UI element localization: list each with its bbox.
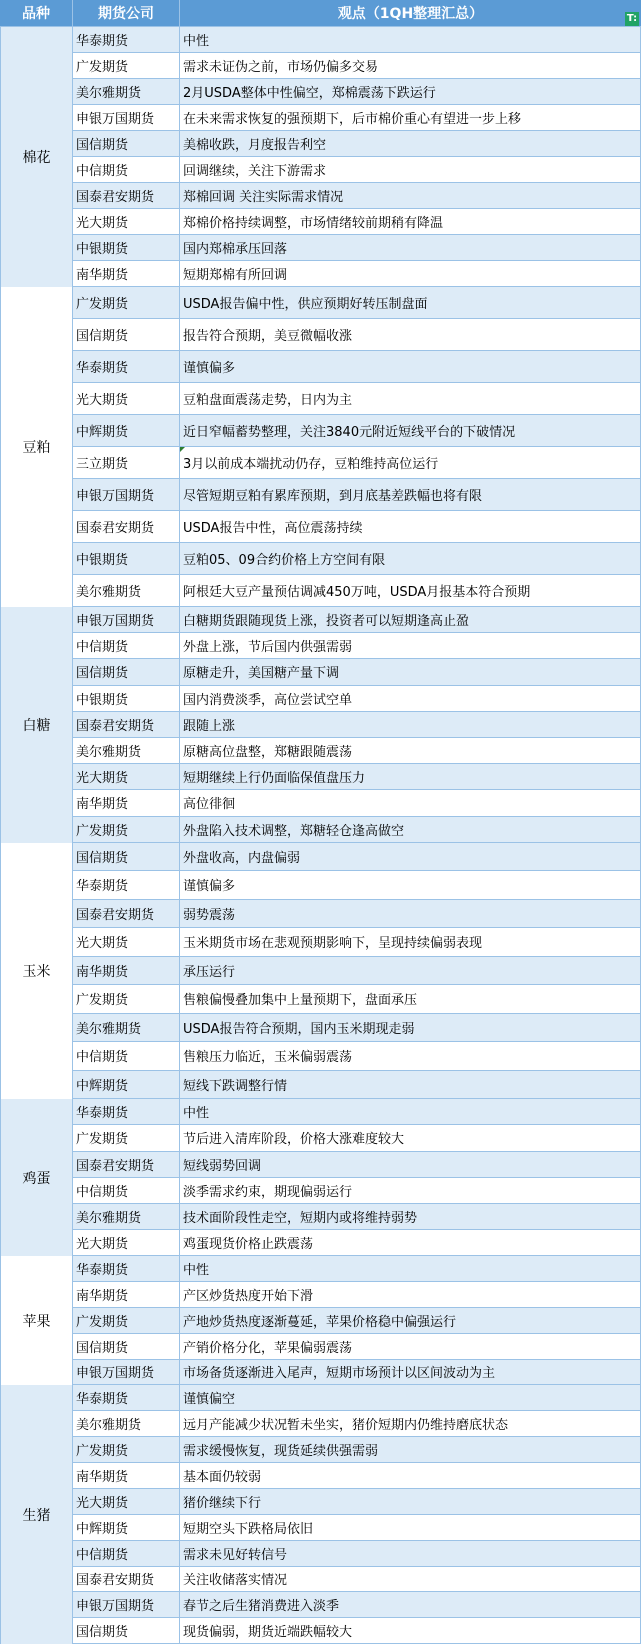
view-text: 短期继续上行仍面临保值盘压力 [183, 767, 365, 786]
company-cell[interactable]: 中辉期货 [73, 415, 180, 446]
table-row: 三立期货3月以前成本端扰动仍存，豆粕维持高位运行 [73, 447, 640, 479]
view-cell[interactable]: 外盘上涨，节后国内供强需弱 [180, 633, 640, 658]
filter-icon[interactable]: T: [625, 12, 639, 26]
table-row: 国信期货报告符合预期，美豆微幅收涨 [73, 319, 640, 351]
table-row: 国信期货美棉收跌，月度报告利空 [73, 131, 640, 157]
view-cell[interactable]: 中性 [180, 1256, 640, 1281]
company-cell[interactable]: 广发期货 [73, 287, 180, 318]
view-text: USDA报告中性，高位震荡持续 [183, 517, 362, 536]
category-cell[interactable]: 豆粕 [1, 287, 73, 607]
table-row: 光大期货豆粕盘面震荡走势，日内为主 [73, 383, 640, 415]
company-cell[interactable]: 华泰期货 [73, 871, 180, 899]
view-text: 外盘上涨，节后国内供强需弱 [183, 636, 352, 655]
table-row: 国信期货外盘收高，内盘偏弱 [73, 843, 640, 872]
view-text: 原糖走升，美国糖产量下调 [183, 662, 339, 681]
table-row: 美尔雅期货2月USDA整体中性偏空，郑棉震荡下跌运行 [73, 79, 640, 105]
view-cell[interactable]: 远月产能减少状况暂未坐实，猪价短期内仍维持磨底状态 [180, 1411, 640, 1436]
view-text: 节后进入清库阶段，价格大涨难度较大 [183, 1128, 404, 1147]
view-text: USDA报告符合预期，国内玉米期现走弱 [183, 1018, 414, 1037]
table-row: 中银期货豆粕05、09合约价格上方空间有限 [73, 543, 640, 575]
table-row: 国泰君安期货USDA报告中性，高位震荡持续 [73, 511, 640, 543]
view-text: 远月产能减少状况暂未坐实，猪价短期内仍维持磨底状态 [183, 1414, 508, 1433]
view-text: 3月以前成本端扰动仍存，豆粕维持高位运行 [183, 453, 438, 472]
view-text: 短线下跌调整行情 [183, 1075, 287, 1094]
view-cell[interactable]: 短期郑棉有所回调 [180, 261, 640, 286]
company-cell[interactable]: 申银万国期货 [73, 105, 180, 130]
view-cell[interactable]: 弱势震荡 [180, 900, 640, 928]
company-cell[interactable]: 三立期货 [73, 447, 180, 478]
company-cell[interactable]: 中信期货 [73, 633, 180, 658]
view-text: 郑棉回调 关注实际需求情况 [183, 186, 343, 205]
view-text: 弱势震荡 [183, 904, 235, 923]
view-text: 短期郑棉有所回调 [183, 264, 287, 283]
view-cell[interactable]: 白糖期货跟随现货上涨，投资者可以短期逢高止盈 [180, 607, 640, 632]
cell-comment-indicator-icon [180, 447, 185, 452]
view-text: 豆粕05、09合约价格上方空间有限 [183, 549, 385, 568]
view-text: 2月USDA整体中性偏空，郑棉震荡下跌运行 [183, 82, 436, 101]
view-text: 猪价继续下行 [183, 1492, 261, 1511]
view-cell[interactable]: 售粮压力临近，玉米偏弱震荡 [180, 1042, 640, 1070]
view-cell[interactable]: 谨慎偏多 [180, 351, 640, 382]
table-row: 广发期货需求缓慢恢复，现货延续供强需弱 [73, 1437, 640, 1463]
view-cell[interactable]: 谨慎偏空 [180, 1385, 640, 1410]
view-cell[interactable]: 鸡蛋现货价格止跌震荡 [180, 1230, 640, 1255]
company-cell[interactable]: 南华期货 [73, 1463, 180, 1488]
category-cell[interactable]: 生猪 [1, 1385, 73, 1644]
view-cell[interactable]: 中性 [180, 27, 640, 52]
company-cell[interactable]: 南华期货 [73, 957, 180, 985]
view-text: 阿根廷大豆产量预估调减450万吨，USDA月报基本符合预期 [183, 581, 530, 600]
table-row: 中信期货回调继续，关注下游需求 [73, 157, 640, 183]
view-text: 高位徘徊 [183, 793, 235, 812]
table-row: 南华期货产区炒货热度开始下滑 [73, 1282, 640, 1308]
view-cell[interactable]: 需求缓慢恢复，现货延续供强需弱 [180, 1437, 640, 1462]
company-cell[interactable]: 光大期货 [73, 1489, 180, 1514]
view-cell[interactable]: 报告符合预期，美豆微幅收涨 [180, 319, 640, 350]
company-cell[interactable]: 华泰期货 [73, 1385, 180, 1410]
category-cell[interactable]: 玉米 [1, 843, 73, 1100]
table-row: 国泰君安期货关注收储落实情况 [73, 1567, 640, 1593]
view-cell[interactable]: 猪价继续下行 [180, 1489, 640, 1514]
company-cell[interactable]: 广发期货 [73, 1308, 180, 1333]
view-text: 产区炒货热度开始下滑 [183, 1285, 313, 1304]
table-row: 国泰君安期货短线弱势回调 [73, 1152, 640, 1178]
view-text: 技术面阶段性走空，短期内或将维持弱势 [183, 1207, 417, 1226]
table-row: 南华期货基本面仍较弱 [73, 1463, 640, 1489]
header-company[interactable]: 期货公司 [73, 0, 180, 26]
company-cell[interactable]: 美尔雅期货 [73, 1411, 180, 1436]
view-cell[interactable]: 承压运行 [180, 957, 640, 985]
view-text: 跟随上涨 [183, 715, 235, 734]
view-cell[interactable]: 春节之后生猪消费进入淡季 [180, 1592, 640, 1617]
table-row: 光大期货玉米期货市场在悲观预期影响下，呈现持续偏弱表现 [73, 928, 640, 957]
company-cell[interactable]: 中信期货 [73, 157, 180, 182]
category-cell[interactable]: 棉花 [1, 27, 73, 287]
view-cell[interactable]: 尽管短期豆粕有累库预期，到月底基差跌幅也将有限 [180, 479, 640, 510]
table-row: 中信期货需求未见好转信号 [73, 1541, 640, 1567]
view-cell[interactable]: 跟随上涨 [180, 712, 640, 737]
table-row: 国信期货原糖走升，美国糖产量下调 [73, 659, 640, 685]
view-cell[interactable]: 在未来需求恢复的强预期下，后市棉价重心有望进一步上移 [180, 105, 640, 130]
table-row: 申银万国期货尽管短期豆粕有累库预期，到月底基差跌幅也将有限 [73, 479, 640, 511]
table-row: 南华期货承压运行 [73, 957, 640, 986]
view-cell[interactable]: 豆粕盘面震荡走势，日内为主 [180, 383, 640, 414]
view-text: 原糖高位盘整，郑糖跟随震荡 [183, 741, 352, 760]
view-cell[interactable]: 现货偏弱，期货近端跌幅较大 [180, 1618, 640, 1643]
company-cell[interactable]: 国泰君安期货 [73, 1567, 180, 1592]
view-cell[interactable]: 美棉收跌，月度报告利空 [180, 131, 640, 156]
table-row: 中信期货售粮压力临近，玉米偏弱震荡 [73, 1042, 640, 1071]
company-cell[interactable]: 中信期货 [73, 1042, 180, 1070]
table-row: 广发期货产地炒货热度逐渐蔓延，苹果价格稳中偏强运行 [73, 1308, 640, 1334]
view-cell[interactable]: 外盘收高，内盘偏弱 [180, 843, 640, 871]
view-cell[interactable]: USDA报告中性，高位震荡持续 [180, 511, 640, 542]
company-cell[interactable]: 华泰期货 [73, 1099, 180, 1124]
company-cell[interactable]: 南华期货 [73, 261, 180, 286]
company-cell[interactable]: 中信期货 [73, 1541, 180, 1566]
header-category[interactable]: 品种 [0, 0, 73, 26]
view-text: 中性 [183, 1102, 209, 1121]
table-row: 美尔雅期货远月产能减少状况暂未坐实，猪价短期内仍维持磨底状态 [73, 1411, 640, 1437]
table-row: 南华期货高位徘徊 [73, 790, 640, 816]
view-cell[interactable]: USDA报告偏中性，供应预期好转压制盘面 [180, 287, 640, 318]
category-group: 棉花华泰期货中性广发期货需求未证伪之前，市场仍偏多交易美尔雅期货2月USDA整体… [0, 27, 641, 287]
view-text: 需求未证伪之前，市场仍偏多交易 [183, 56, 378, 75]
view-text: 报告符合预期，美豆微幅收涨 [183, 325, 352, 344]
company-cell[interactable]: 华泰期货 [73, 1256, 180, 1281]
view-cell[interactable]: 市场备货逐渐进入尾声，短期市场预计以区间波动为主 [180, 1360, 640, 1385]
table-row: 国信期货现货偏弱，期货近端跌幅较大 [73, 1618, 640, 1644]
view-cell[interactable]: 产销价格分化，苹果偏弱震荡 [180, 1334, 640, 1359]
view-text: 短线弱势回调 [183, 1155, 261, 1174]
table-row: 广发期货外盘陷入技术调整，郑糖轻仓逢高做空 [73, 817, 640, 843]
table-row: 中信期货淡季需求约束，期现偏弱运行 [73, 1178, 640, 1204]
table-row: 光大期货鸡蛋现货价格止跌震荡 [73, 1230, 640, 1256]
company-cell[interactable]: 中银期货 [73, 686, 180, 711]
view-cell[interactable]: 短期空头下跌格局依旧 [180, 1515, 640, 1540]
view-cell[interactable]: 需求未证伪之前，市场仍偏多交易 [180, 53, 640, 78]
view-cell[interactable]: 阿根廷大豆产量预估调减450万吨，USDA月报基本符合预期 [180, 575, 640, 606]
view-cell[interactable]: 需求未见好转信号 [180, 1541, 640, 1566]
company-cell[interactable]: 申银万国期货 [73, 479, 180, 510]
table-row: 光大期货短期继续上行仍面临保值盘压力 [73, 764, 640, 790]
table-row: 华泰期货中性 [73, 1099, 640, 1125]
view-text: 在未来需求恢复的强预期下，后市棉价重心有望进一步上移 [183, 108, 521, 127]
view-text: 需求缓慢恢复，现货延续供强需弱 [183, 1440, 378, 1459]
company-cell[interactable]: 申银万国期货 [73, 1592, 180, 1617]
company-cell[interactable]: 国泰君安期货 [73, 183, 180, 208]
view-cell[interactable]: 原糖高位盘整，郑糖跟随震荡 [180, 738, 640, 763]
table-row: 国泰君安期货跟随上涨 [73, 712, 640, 738]
view-text: 需求未见好转信号 [183, 1544, 287, 1563]
view-cell[interactable]: 国内消费淡季，高位尝试空单 [180, 686, 640, 711]
table-row: 广发期货售粮偏慢叠加集中上量预期下，盘面承压 [73, 985, 640, 1014]
company-cell[interactable]: 广发期货 [73, 1125, 180, 1150]
company-cell[interactable]: 美尔雅期货 [73, 738, 180, 763]
company-cell[interactable]: 光大期货 [73, 209, 180, 234]
view-text: USDA报告偏中性，供应预期好转压制盘面 [183, 293, 427, 312]
company-cell[interactable]: 广发期货 [73, 1437, 180, 1462]
view-cell[interactable]: 产区炒货热度开始下滑 [180, 1282, 640, 1307]
table-row: 申银万国期货在未来需求恢复的强预期下，后市棉价重心有望进一步上移 [73, 105, 640, 131]
header-row: 品种 期货公司 观点（1QH整理汇总） T: [0, 0, 641, 27]
company-cell[interactable]: 中辉期货 [73, 1515, 180, 1540]
company-cell[interactable]: 中辉期货 [73, 1071, 180, 1099]
view-text: 白糖期货跟随现货上涨，投资者可以短期逢高止盈 [183, 610, 469, 629]
company-cell[interactable]: 光大期货 [73, 928, 180, 956]
view-text: 短期空头下跌格局依旧 [183, 1518, 313, 1537]
company-cell[interactable]: 国信期货 [73, 659, 180, 684]
view-text: 谨慎偏多 [183, 357, 235, 376]
table-row: 南华期货短期郑棉有所回调 [73, 261, 640, 287]
view-text: 售粮压力临近，玉米偏弱震荡 [183, 1046, 352, 1065]
view-text: 现货偏弱，期货近端跌幅较大 [183, 1621, 352, 1640]
company-cell[interactable]: 广发期货 [73, 985, 180, 1013]
view-cell[interactable]: 关注收储落实情况 [180, 1567, 640, 1592]
view-text: 豆粕盘面震荡走势，日内为主 [183, 389, 352, 408]
view-cell[interactable]: 豆粕05、09合约价格上方空间有限 [180, 543, 640, 574]
table-body: 棉花华泰期货中性广发期货需求未证伪之前，市场仍偏多交易美尔雅期货2月USDA整体… [0, 27, 641, 1644]
category-cell[interactable]: 鸡蛋 [1, 1099, 73, 1256]
view-cell[interactable]: 国内郑棉承压回落 [180, 235, 640, 260]
view-text: 中性 [183, 1259, 209, 1278]
company-cell[interactable]: 国信期货 [73, 319, 180, 350]
company-cell[interactable]: 美尔雅期货 [73, 575, 180, 606]
table-row: 广发期货需求未证伪之前，市场仍偏多交易 [73, 53, 640, 79]
table-row: 国泰君安期货郑棉回调 关注实际需求情况 [73, 183, 640, 209]
category-group: 豆粕广发期货USDA报告偏中性，供应预期好转压制盘面国信期货报告符合预期，美豆微… [0, 287, 641, 607]
table-row: 广发期货节后进入清库阶段，价格大涨难度较大 [73, 1125, 640, 1151]
table-row: 中信期货外盘上涨，节后国内供强需弱 [73, 633, 640, 659]
category-group: 苹果华泰期货中性南华期货产区炒货热度开始下滑广发期货产地炒货热度逐渐蔓延，苹果价… [0, 1256, 641, 1385]
view-cell[interactable]: 外盘陷入技术调整，郑糖轻仓逢高做空 [180, 817, 640, 842]
company-cell[interactable]: 广发期货 [73, 817, 180, 842]
view-text: 市场备货逐渐进入尾声，短期市场预计以区间波动为主 [183, 1362, 495, 1381]
table-row: 中银期货国内消费淡季，高位尝试空单 [73, 686, 640, 712]
view-text: 外盘收高，内盘偏弱 [183, 847, 300, 866]
company-cell[interactable]: 广发期货 [73, 53, 180, 78]
company-cell[interactable]: 国泰君安期货 [73, 1152, 180, 1177]
table-row: 美尔雅期货原糖高位盘整，郑糖跟随震荡 [73, 738, 640, 764]
table-row: 华泰期货谨慎偏空 [73, 1385, 640, 1411]
company-cell[interactable]: 国信期货 [73, 1618, 180, 1643]
table-row: 申银万国期货白糖期货跟随现货上涨，投资者可以短期逢高止盈 [73, 607, 640, 633]
table-row: 美尔雅期货技术面阶段性走空，短期内或将维持弱势 [73, 1204, 640, 1230]
view-text: 外盘陷入技术调整，郑糖轻仓逢高做空 [183, 820, 404, 839]
view-text: 国内郑棉承压回落 [183, 238, 287, 257]
company-cell[interactable]: 国泰君安期货 [73, 511, 180, 542]
category-cell[interactable]: 白糖 [1, 607, 73, 843]
view-cell[interactable]: 谨慎偏多 [180, 871, 640, 899]
view-cell[interactable]: 短期继续上行仍面临保值盘压力 [180, 764, 640, 789]
company-cell[interactable]: 美尔雅期货 [73, 1204, 180, 1229]
view-text: 基本面仍较弱 [183, 1466, 261, 1485]
view-text: 淡季需求约束，期现偏弱运行 [183, 1181, 352, 1200]
table-row: 广发期货USDA报告偏中性，供应预期好转压制盘面 [73, 287, 640, 319]
table-row: 华泰期货谨慎偏多 [73, 871, 640, 900]
view-text: 关注收储落实情况 [183, 1569, 287, 1588]
company-cell[interactable]: 南华期货 [73, 790, 180, 815]
company-cell[interactable]: 美尔雅期货 [73, 79, 180, 104]
view-text: 产地炒货热度逐渐蔓延，苹果价格稳中偏强运行 [183, 1311, 456, 1330]
view-text: 郑棉价格持续调整，市场情绪较前期稍有降温 [183, 212, 443, 231]
table-row: 中辉期货近日窄幅蓄势整理，关注3840元附近短线平台的下破情况 [73, 415, 640, 447]
company-cell[interactable]: 华泰期货 [73, 351, 180, 382]
view-text: 谨慎偏多 [183, 875, 235, 894]
view-cell[interactable]: 3月以前成本端扰动仍存，豆粕维持高位运行 [180, 447, 640, 478]
view-cell[interactable]: USDA报告符合预期，国内玉米期现走弱 [180, 1014, 640, 1042]
view-cell[interactable]: 回调继续，关注下游需求 [180, 157, 640, 182]
view-cell[interactable]: 售粮偏慢叠加集中上量预期下，盘面承压 [180, 985, 640, 1013]
view-text: 玉米期货市场在悲观预期影响下，呈现持续偏弱表现 [183, 932, 482, 951]
company-cell[interactable]: 国泰君安期货 [73, 900, 180, 928]
table-row: 国信期货产销价格分化，苹果偏弱震荡 [73, 1334, 640, 1360]
view-text: 产销价格分化，苹果偏弱震荡 [183, 1337, 352, 1356]
company-cell[interactable]: 国信期货 [73, 1334, 180, 1359]
view-cell[interactable]: 玉米期货市场在悲观预期影响下，呈现持续偏弱表现 [180, 928, 640, 956]
view-text: 售粮偏慢叠加集中上量预期下，盘面承压 [183, 989, 417, 1008]
view-text: 美棉收跌，月度报告利空 [183, 134, 326, 153]
view-text: 近日窄幅蓄势整理，关注3840元附近短线平台的下破情况 [183, 421, 515, 440]
category-cell[interactable]: 苹果 [1, 1256, 73, 1385]
company-cell[interactable]: 南华期货 [73, 1282, 180, 1307]
view-text: 春节之后生猪消费进入淡季 [183, 1595, 339, 1614]
view-text: 承压运行 [183, 961, 235, 980]
company-cell[interactable]: 申银万国期货 [73, 1360, 180, 1385]
view-cell[interactable]: 郑棉回调 关注实际需求情况 [180, 183, 640, 208]
company-cell[interactable]: 中信期货 [73, 1178, 180, 1203]
view-cell[interactable]: 技术面阶段性走空，短期内或将维持弱势 [180, 1204, 640, 1229]
table-row: 中辉期货短线下跌调整行情 [73, 1071, 640, 1100]
table-row: 美尔雅期货USDA报告符合预期，国内玉米期现走弱 [73, 1014, 640, 1043]
company-cell[interactable]: 光大期货 [73, 764, 180, 789]
company-cell[interactable]: 国泰君安期货 [73, 712, 180, 737]
view-cell[interactable]: 基本面仍较弱 [180, 1463, 640, 1488]
table-row: 美尔雅期货阿根廷大豆产量预估调减450万吨，USDA月报基本符合预期 [73, 575, 640, 607]
view-cell[interactable]: 近日窄幅蓄势整理，关注3840元附近短线平台的下破情况 [180, 415, 640, 446]
view-cell[interactable]: 淡季需求约束，期现偏弱运行 [180, 1178, 640, 1203]
table-row: 华泰期货谨慎偏多 [73, 351, 640, 383]
company-cell[interactable]: 中银期货 [73, 543, 180, 574]
company-cell[interactable]: 光大期货 [73, 1230, 180, 1255]
table-row: 申银万国期货春节之后生猪消费进入淡季 [73, 1592, 640, 1618]
table-row: 中银期货国内郑棉承压回落 [73, 235, 640, 261]
view-text: 尽管短期豆粕有累库预期，到月底基差跌幅也将有限 [183, 485, 482, 504]
view-cell[interactable]: 2月USDA整体中性偏空，郑棉震荡下跌运行 [180, 79, 640, 104]
view-text: 中性 [183, 30, 209, 49]
view-cell[interactable]: 中性 [180, 1099, 640, 1124]
company-cell[interactable]: 国信期货 [73, 131, 180, 156]
category-group: 鸡蛋华泰期货中性广发期货节后进入清库阶段，价格大涨难度较大国泰君安期货短线弱势回… [0, 1099, 641, 1256]
company-cell[interactable]: 美尔雅期货 [73, 1014, 180, 1042]
futures-views-sheet: 品种 期货公司 观点（1QH整理汇总） T: 棉花华泰期货中性广发期货需求未证伪… [0, 0, 641, 1644]
view-text: 谨慎偏空 [183, 1388, 235, 1407]
header-view[interactable]: 观点（1QH整理汇总） [180, 0, 641, 26]
table-row: 申银万国期货市场备货逐渐进入尾声，短期市场预计以区间波动为主 [73, 1360, 640, 1386]
table-row: 光大期货郑棉价格持续调整，市场情绪较前期稍有降温 [73, 209, 640, 235]
company-cell[interactable]: 光大期货 [73, 383, 180, 414]
category-group: 白糖申银万国期货白糖期货跟随现货上涨，投资者可以短期逢高止盈中信期货外盘上涨，节… [0, 607, 641, 843]
view-text: 鸡蛋现货价格止跌震荡 [183, 1233, 313, 1252]
view-cell[interactable]: 短线下跌调整行情 [180, 1071, 640, 1099]
view-cell[interactable]: 短线弱势回调 [180, 1152, 640, 1177]
company-cell[interactable]: 中银期货 [73, 235, 180, 260]
view-cell[interactable]: 高位徘徊 [180, 790, 640, 815]
category-group: 玉米国信期货外盘收高，内盘偏弱华泰期货谨慎偏多国泰君安期货弱势震荡光大期货玉米期… [0, 843, 641, 1100]
table-row: 华泰期货中性 [73, 27, 640, 53]
company-cell[interactable]: 国信期货 [73, 843, 180, 871]
table-row: 国泰君安期货弱势震荡 [73, 900, 640, 929]
view-cell[interactable]: 产地炒货热度逐渐蔓延，苹果价格稳中偏强运行 [180, 1308, 640, 1333]
category-group: 生猪华泰期货谨慎偏空美尔雅期货远月产能减少状况暂未坐实，猪价短期内仍维持磨底状态… [0, 1385, 641, 1644]
company-cell[interactable]: 申银万国期货 [73, 607, 180, 632]
table-row: 华泰期货中性 [73, 1256, 640, 1282]
view-text: 回调继续，关注下游需求 [183, 160, 326, 179]
view-cell[interactable]: 节后进入清库阶段，价格大涨难度较大 [180, 1125, 640, 1150]
table-row: 中辉期货短期空头下跌格局依旧 [73, 1515, 640, 1541]
view-cell[interactable]: 原糖走升，美国糖产量下调 [180, 659, 640, 684]
table-row: 光大期货猪价继续下行 [73, 1489, 640, 1515]
view-cell[interactable]: 郑棉价格持续调整，市场情绪较前期稍有降温 [180, 209, 640, 234]
view-text: 国内消费淡季，高位尝试空单 [183, 689, 352, 708]
company-cell[interactable]: 华泰期货 [73, 27, 180, 52]
